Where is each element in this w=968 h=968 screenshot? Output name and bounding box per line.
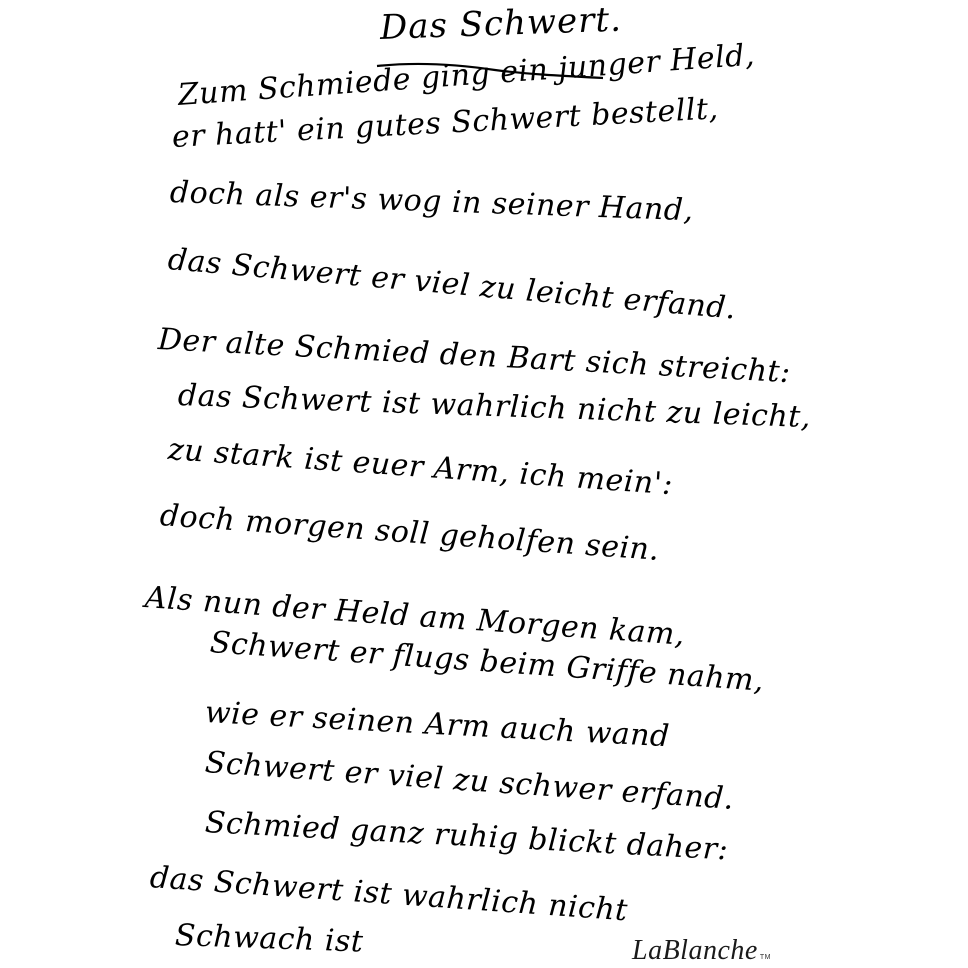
manuscript-page: Das Schwert. Zum Schmiede ging ein junge…	[0, 0, 968, 968]
manuscript-line: Schmied ganz ruhig blickt daher:	[204, 805, 729, 868]
trademark-symbol: TM	[760, 954, 771, 961]
manuscript-line: das Schwert er viel zu leicht erfand.	[166, 242, 737, 328]
manuscript-line: doch als er's wog in seiner Hand,	[169, 175, 694, 229]
watermark-text: LaBlanche	[632, 935, 758, 966]
manuscript-line: wie er seinen Arm auch wand	[204, 695, 671, 755]
manuscript-line: Schwert er viel zu schwer erfand.	[204, 745, 735, 818]
watermark-logo: LaBlancheTM	[632, 936, 771, 968]
page-title: Das Schwert.	[379, 0, 622, 48]
manuscript-line: Schwach ist	[174, 918, 364, 961]
manuscript-line: zu stark ist euer Arm, ich mein':	[167, 432, 674, 503]
manuscript-line: doch morgen soll geholfen sein.	[159, 498, 661, 569]
